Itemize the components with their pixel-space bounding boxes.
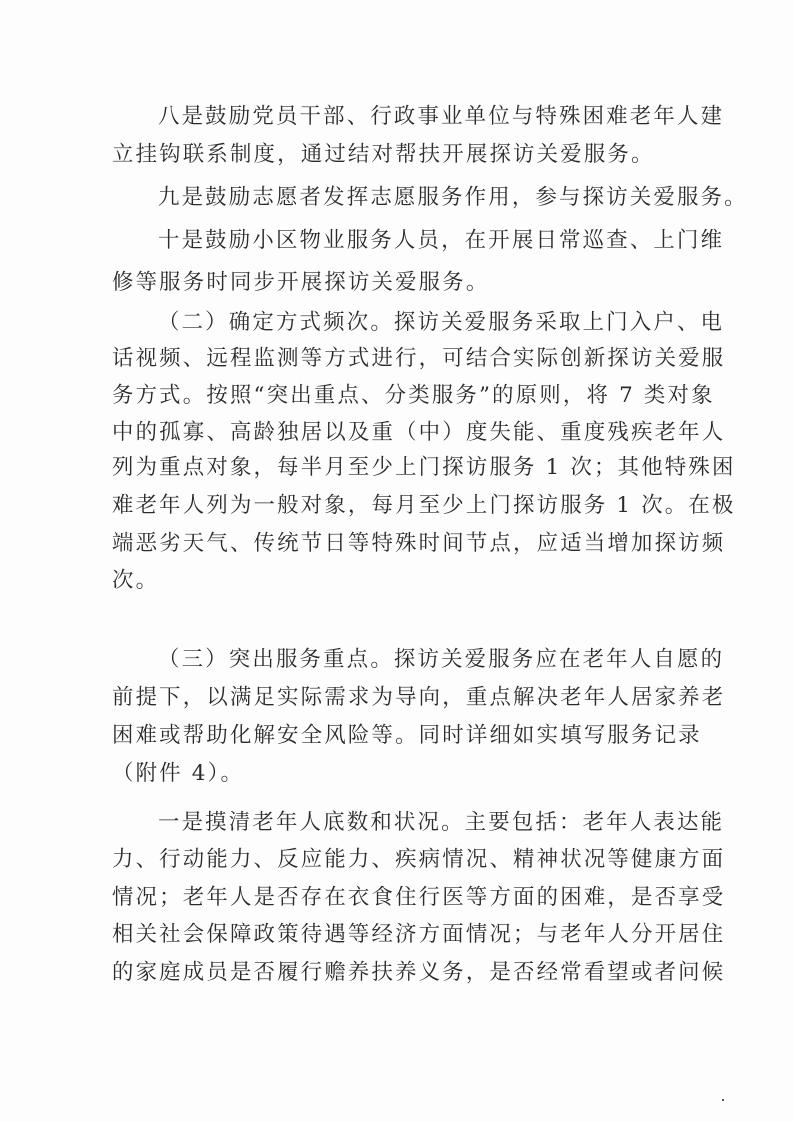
- text-line: 端恶劣天气、传统节日等特殊时间节点，应适当增加探访频: [112, 532, 688, 556]
- text-line: 中的孤寡、高龄独居以及重（中）度失能、重度残疾老年人: [112, 421, 688, 445]
- scan-speck: [722, 1099, 724, 1101]
- text-line: 话视频、远程监测等方式进行，可结合实际创新探访关爱服: [112, 347, 688, 371]
- text-line: 列为重点对象，每半月至少上门探访服务 1 次；其他特殊困: [112, 456, 688, 480]
- text-line: 八是鼓励党员干部、行政事业单位与特殊困难老年人建: [158, 105, 688, 129]
- text-line: （二）确定方式频次。探访关爱服务采取上门入户、电: [158, 311, 688, 335]
- text-line: 一是摸清老年人底数和状况。主要包括：老年人表达能: [158, 811, 688, 835]
- text-line: （附件 4）。: [112, 762, 688, 786]
- text-line: 次。: [112, 569, 688, 593]
- text-line: 困难或帮助化解安全风险等。同时详细如实填写服务记录: [112, 724, 688, 748]
- text-line: 修等服务时同步开展探访关爱服务。: [112, 271, 688, 295]
- text-line: 前提下，以满足实际需求为导向，重点解决老年人居家养老: [112, 686, 688, 710]
- text-line: 相关社会保障政策待遇等经济方面情况；与老年人分开居住: [112, 923, 688, 947]
- text-line: 力、行动能力、反应能力、疾病情况、精神状况等健康方面: [112, 848, 688, 872]
- text-line: 的家庭成员是否履行赡养扶养义务，是否经常看望或者问候: [112, 961, 688, 985]
- text-line: 立挂钩联系制度，通过结对帮扶开展探访关爱服务。: [112, 143, 688, 167]
- text-line: 九是鼓励志愿者发挥志愿服务作用，参与探访关爱服务。: [158, 186, 688, 210]
- text-line: 务方式。按照“突出重点、分类服务”的原则，将 7 类对象: [112, 384, 688, 408]
- text-line: （三）突出服务重点。探访关爱服务应在老年人自愿的: [158, 648, 688, 672]
- text-line: 难老年人列为一般对象，每月至少上门探访服务 1 次。在极: [112, 494, 688, 518]
- document-page: 八是鼓励党员干部、行政事业单位与特殊困难老年人建立挂钩联系制度，通过结对帮扶开展…: [0, 0, 793, 1122]
- text-line: 情况；老年人是否存在衣食住行医等方面的困难，是否享受: [112, 886, 688, 910]
- text-line: 十是鼓励小区物业服务人员，在开展日常巡查、上门维: [158, 229, 688, 253]
